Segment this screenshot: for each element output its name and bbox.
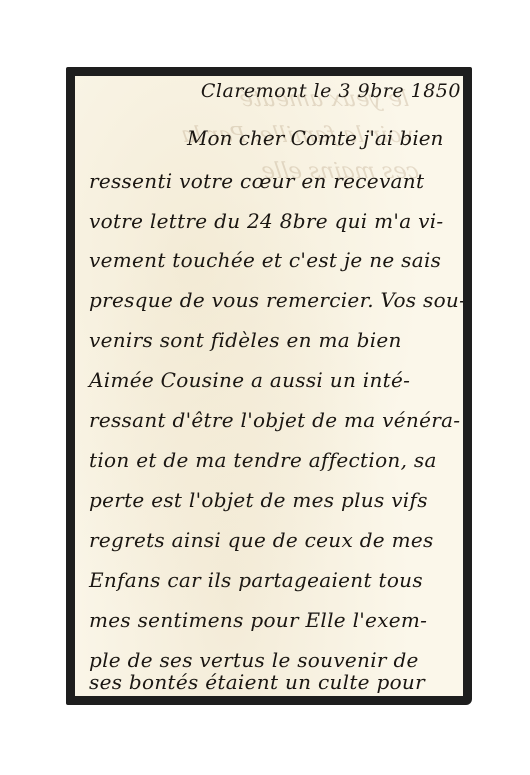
letter-line: ressant d'être l'objet de ma vénéra- [89, 408, 460, 432]
letter-line: Enfans car ils partageaient tous [89, 568, 423, 592]
letter-line: votre lettre du 24 8bre qui m'a vi- [89, 209, 443, 233]
salutation: Mon cher Comte j'ai bien [187, 126, 443, 150]
letter-paper: le yeux ameuté voir la famille. Par la c… [75, 76, 463, 696]
letter-line: ressenti votre cœur en recevant [89, 169, 424, 193]
letter-line: ses bontés étaient un culte pour [89, 670, 425, 694]
letter-line: venirs sont fidèles en ma bien [89, 328, 402, 352]
letter-line: presque de vous remercier. Vos sou- [89, 288, 463, 312]
letter-line: tion et de ma tendre affection, sa [89, 448, 437, 472]
letter-line: Aimée Cousine a aussi un inté- [89, 368, 410, 392]
letter-body: Claremont le 3 9bre 1850 Mon cher Comte … [75, 76, 463, 696]
letter-line: perte est l'objet de mes plus vifs [89, 488, 428, 512]
letter-line: vement touchée et c'est je ne sais [89, 248, 441, 272]
letter-line: regrets ainsi que de ceux de mes [89, 528, 434, 552]
mourning-border-letter: le yeux ameuté voir la famille. Par la c… [66, 67, 472, 705]
dateline: Claremont le 3 9bre 1850 [201, 80, 461, 102]
letter-line: ple de ses vertus le souvenir de [89, 648, 419, 672]
letter-line: mes sentimens pour Elle l'exem- [89, 608, 427, 632]
